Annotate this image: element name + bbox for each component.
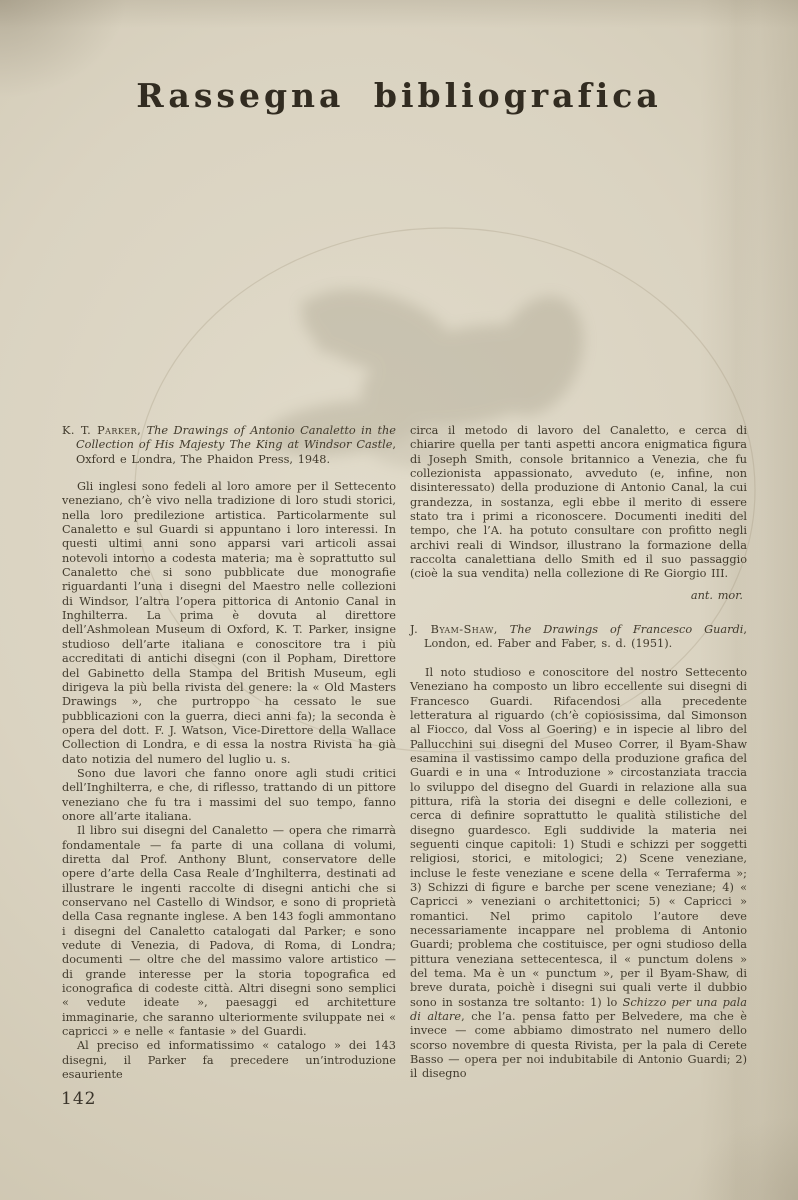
- scanned-page: Rassegna bibliografica K. T. Parker, The…: [0, 0, 798, 1200]
- right-column: circa il metodo di lavoro del Canaletto,…: [410, 424, 747, 1082]
- left-column: K. T. Parker, The Drawings of Antonio Ca…: [62, 424, 396, 1082]
- entry-author-byam-shaw: J. Byam-Shaw,: [410, 623, 498, 636]
- review-text: Il noto studioso e conoscitore del nostr…: [410, 666, 747, 1009]
- review-text: , che l’a. pensa fatto per Belvedere, ma…: [410, 1010, 747, 1080]
- page-title: Rassegna bibliografica: [0, 76, 798, 115]
- entry-title-byam-shaw: The Drawings of Francesco Guardi: [510, 623, 744, 636]
- paragraph-review: Il noto studioso e conoscitore del nostr…: [410, 666, 747, 1082]
- spacer: [498, 623, 510, 636]
- paragraph: Gli inglesi sono fedeli al loro amore pe…: [62, 480, 396, 767]
- paragraph: Al preciso ed informatissimo « catalogo …: [62, 1039, 396, 1082]
- entry-author-parker: K. T. Parker,: [62, 424, 141, 437]
- paragraph: Sono due lavori che fanno onore agli stu…: [62, 767, 396, 824]
- reviewer-signature: ant. mor.: [410, 589, 743, 603]
- entry-heading-byam-shaw: J. Byam-Shaw, The Drawings of Francesco …: [410, 623, 747, 652]
- entry-heading-parker: K. T. Parker, The Drawings of Antonio Ca…: [62, 424, 396, 467]
- paragraph-continuation: circa il metodo di lavoro del Canaletto,…: [410, 424, 747, 582]
- paragraph: Il libro sui disegni del Canaletto — ope…: [62, 824, 396, 1039]
- page-number: 142: [61, 1089, 96, 1109]
